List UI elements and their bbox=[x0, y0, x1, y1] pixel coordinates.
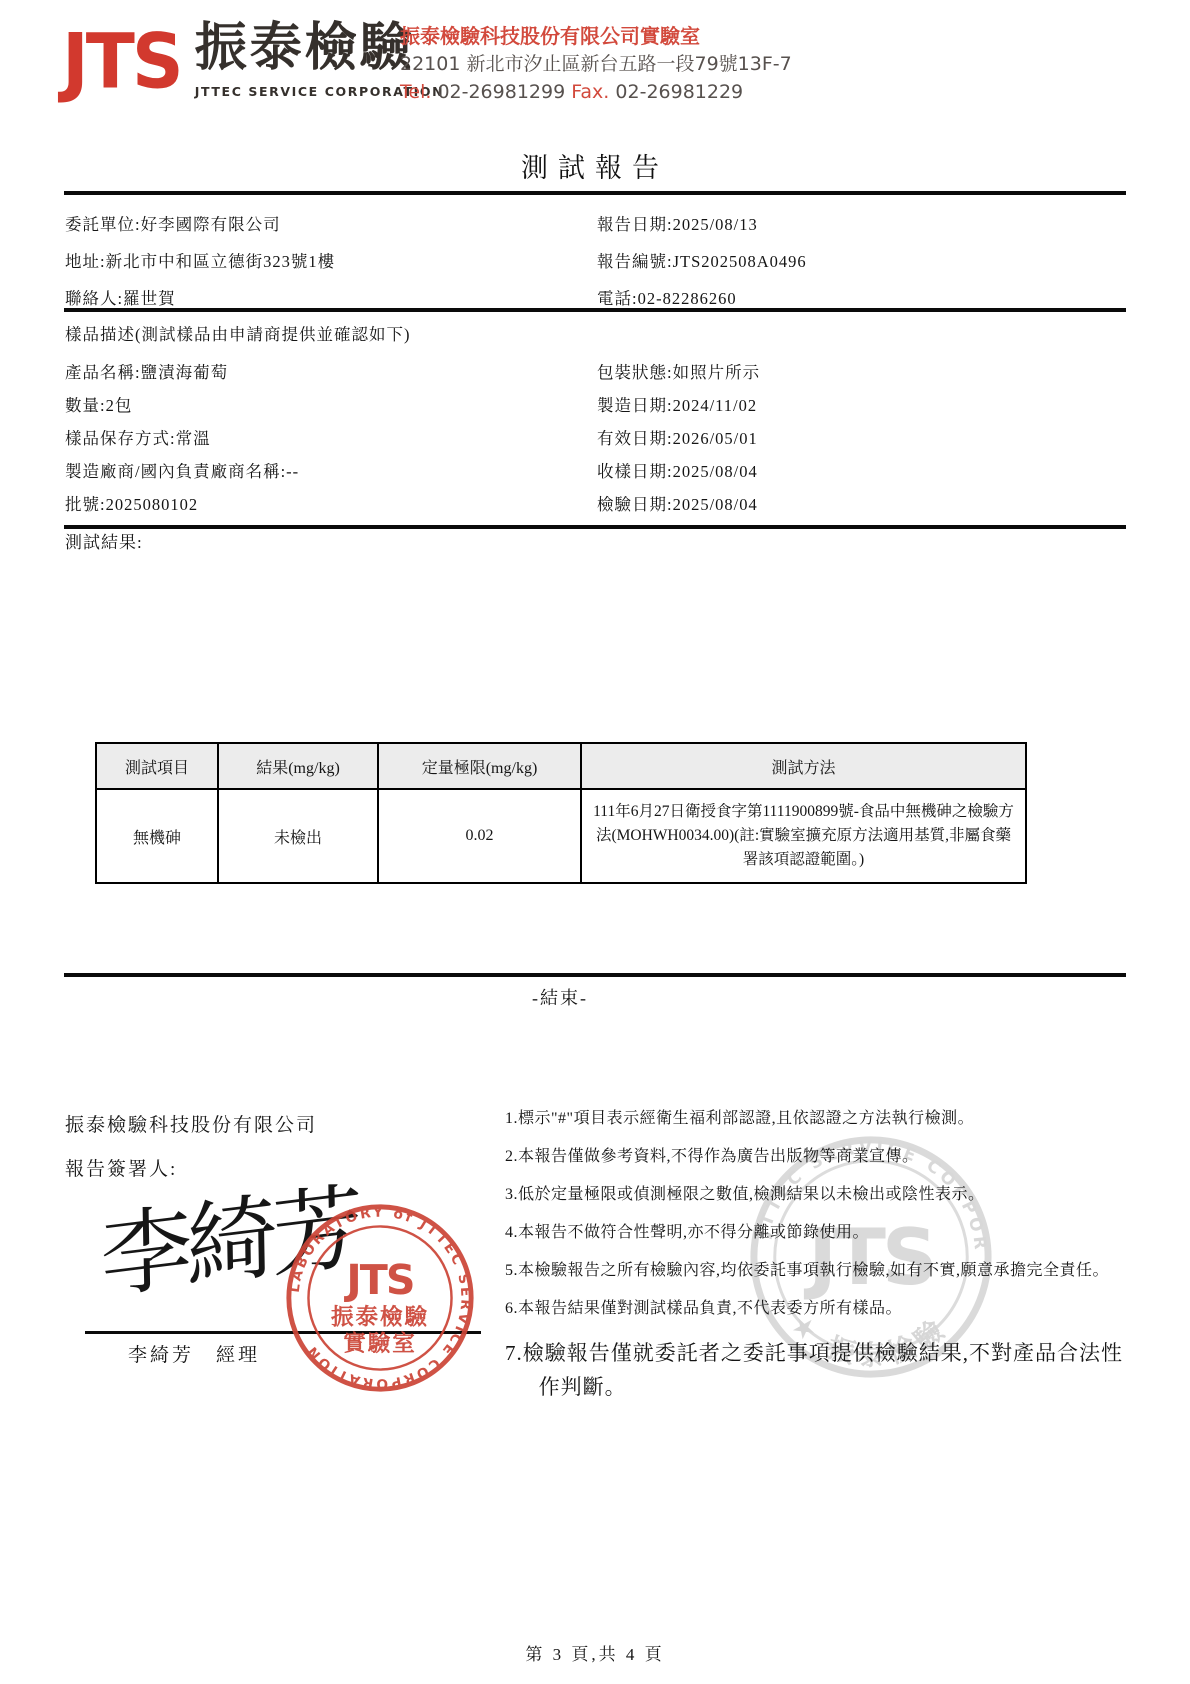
sample-description-header: 樣品描述(測試樣品由申請商提供並確認如下) bbox=[65, 320, 1127, 350]
info-row: 樣品保存方式:常溫 有效日期:2026/05/01 bbox=[65, 422, 1127, 455]
quantity: 數量:2包 bbox=[65, 389, 597, 422]
receive-date: 收樣日期:2025/08/04 bbox=[597, 455, 1127, 488]
lab-stamp-line1: 振泰檢驗 bbox=[331, 1303, 429, 1330]
footer-notes: 1.標示"#"項目表示經衛生福利部認證,且依認證之方法執行檢測。 2.本報告僅做… bbox=[505, 1108, 1137, 1420]
note-5: 5.本檢驗報告之所有檢驗內容,均依委託事項執行檢驗,如有不實,願意承擔完全責任。 bbox=[505, 1260, 1137, 1282]
header-contact-block: 振泰檢驗科技股份有限公司實驗室 22101 新北市汐止區新台五路一段79號13F… bbox=[400, 22, 792, 106]
note-1: 1.標示"#"項目表示經衛生福利部認證,且依認證之方法執行檢測。 bbox=[505, 1108, 1137, 1130]
col-header-method: 測試方法 bbox=[581, 743, 1026, 789]
note-3: 3.低於定量極限或偵測極限之數值,檢測結果以未檢出或陰性表示。 bbox=[505, 1184, 1137, 1206]
note-4: 4.本報告不做符合性聲明,亦不得分離或節錄使用。 bbox=[505, 1222, 1137, 1244]
cell-method: 111年6月27日衛授食字第1111900899號-食品中無機砷之檢驗方法(MO… bbox=[581, 789, 1026, 883]
test-date: 檢驗日期:2025/08/04 bbox=[597, 488, 1127, 521]
client-name: 委託單位:好李國際有限公司 bbox=[65, 206, 597, 243]
lab-stamp-jts-icon: JTS bbox=[343, 1256, 413, 1304]
divider-3 bbox=[64, 525, 1126, 529]
report-date: 報告日期:2025/08/13 bbox=[597, 206, 1127, 243]
client-address: 地址:新北市中和區立德街323號1樓 bbox=[65, 243, 597, 280]
company-logo: JTS 振泰檢驗 JTTEC SERVICE CORPORATION bbox=[62, 18, 444, 104]
page-title: 測試報告 bbox=[0, 146, 1190, 185]
lab-tel-fax: Tel. 02-26981299 Fax. 02-26981229 bbox=[400, 78, 792, 106]
divider-2 bbox=[64, 308, 1126, 312]
tel-value: 02-26981299 bbox=[437, 81, 565, 103]
report-page: JTS 振泰檢驗 JTTEC SERVICE CORPORATION 振泰檢驗科… bbox=[0, 0, 1190, 1684]
info-row: 產品名稱:鹽漬海葡萄 包裝狀態:如照片所示 bbox=[65, 356, 1127, 389]
results-table: 測試項目 結果(mg/kg) 定量極限(mg/kg) 測試方法 無機砷 未檢出 … bbox=[95, 742, 1027, 884]
table-row: 無機砷 未檢出 0.02 111年6月27日衛授食字第1111900899號-食… bbox=[96, 789, 1026, 883]
divider-4 bbox=[64, 973, 1126, 977]
signing-company: 振泰檢驗科技股份有限公司 bbox=[65, 1112, 317, 1140]
manufacturer: 製造廠商/國內負責廠商名稱:-- bbox=[65, 455, 597, 488]
divider-1 bbox=[64, 191, 1126, 195]
info-row: 地址:新北市中和區立德街323號1樓 報告編號:JTS202508A0496 bbox=[65, 243, 1127, 280]
info-row: 製造廠商/國內負責廠商名稱:-- 收樣日期:2025/08/04 bbox=[65, 455, 1127, 488]
signer-name-title: 李綺芳 經理 bbox=[128, 1340, 260, 1367]
lab-address: 22101 新北市汐止區新台五路一段79號13F-7 bbox=[400, 50, 792, 78]
header: JTS 振泰檢驗 JTTEC SERVICE CORPORATION 振泰檢驗科… bbox=[62, 18, 1132, 118]
col-header-loq: 定量極限(mg/kg) bbox=[378, 743, 581, 789]
table-header-row: 測試項目 結果(mg/kg) 定量極限(mg/kg) 測試方法 bbox=[96, 743, 1026, 789]
results-section-label: 測試結果: bbox=[65, 528, 143, 558]
lab-company-name: 振泰檢驗科技股份有限公司實驗室 bbox=[400, 22, 792, 50]
page-number: 第 3 頁,共 4 頁 bbox=[0, 1640, 1190, 1665]
expiry-date: 有效日期:2026/05/01 bbox=[597, 422, 1127, 455]
note-6: 6.本報告結果僅對測試樣品負責,不代表委方所有樣品。 bbox=[505, 1298, 1137, 1320]
cell-test-item: 無機砷 bbox=[96, 789, 218, 883]
batch-number: 批號:2025080102 bbox=[65, 488, 597, 521]
col-header-test-item: 測試項目 bbox=[96, 743, 218, 789]
info-row: 委託單位:好李國際有限公司 報告日期:2025/08/13 bbox=[65, 206, 1127, 243]
cell-result: 未檢出 bbox=[218, 789, 378, 883]
tel-label: Tel. bbox=[400, 81, 431, 103]
lab-stamp-line2: 實驗室 bbox=[343, 1330, 416, 1357]
fax-label: Fax. bbox=[571, 81, 609, 103]
product-name: 產品名稱:鹽漬海葡萄 bbox=[65, 356, 597, 389]
col-header-result: 結果(mg/kg) bbox=[218, 743, 378, 789]
info-row: 批號:2025080102 檢驗日期:2025/08/04 bbox=[65, 488, 1127, 521]
storage-method: 樣品保存方式:常溫 bbox=[65, 422, 597, 455]
fax-value: 02-26981229 bbox=[615, 81, 743, 103]
end-marker: -結束- bbox=[60, 984, 1060, 1010]
cell-loq: 0.02 bbox=[378, 789, 581, 883]
packaging-state: 包裝狀態:如照片所示 bbox=[597, 356, 1127, 389]
note-2: 2.本報告僅做參考資料,不得作為廣告出版物等商業宣傳。 bbox=[505, 1146, 1137, 1168]
client-info-block: 委託單位:好李國際有限公司 報告日期:2025/08/13 地址:新北市中和區立… bbox=[65, 206, 1127, 317]
manufacture-date: 製造日期:2024/11/02 bbox=[597, 389, 1127, 422]
jts-logo-icon: JTS bbox=[62, 16, 181, 106]
lab-stamp: LABORATORY of JTTEC SERVICE CORPORATION … bbox=[282, 1198, 478, 1398]
report-number: 報告編號:JTS202508A0496 bbox=[597, 243, 1127, 280]
sample-description-block: 樣品描述(測試樣品由申請商提供並確認如下) 產品名稱:鹽漬海葡萄 包裝狀態:如照… bbox=[65, 320, 1127, 521]
note-7: 7.檢驗報告僅就委託者之委託事項提供檢驗結果,不對產品合法性作判斷。 bbox=[505, 1336, 1137, 1404]
info-row: 數量:2包 製造日期:2024/11/02 bbox=[65, 389, 1127, 422]
